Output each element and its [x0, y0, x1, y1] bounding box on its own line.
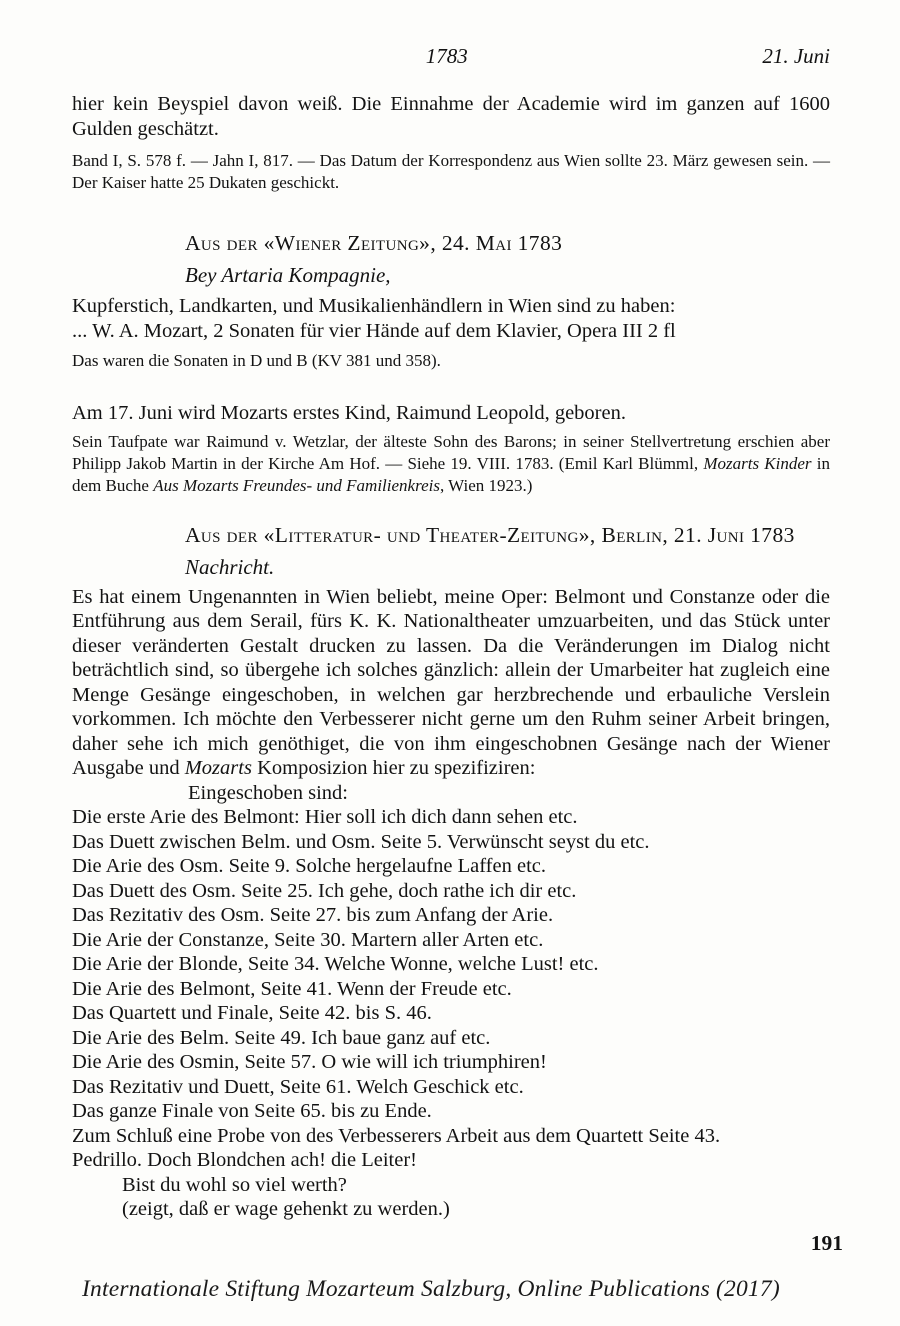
list-item: Die erste Arie des Belmont: Hier soll ic…	[72, 805, 830, 830]
section-theater-zeitung: Aus der «Litteratur- und Theater-Zeitung…	[72, 522, 830, 1222]
section-birth: Am 17. Juni wird Mozarts erstes Kind, Ra…	[72, 401, 830, 497]
footnote-title: Aus Mozarts Freundes- und Familienkreis	[153, 476, 440, 495]
verse-line: (zeigt, daß er wage gehenkt zu werden.)	[72, 1197, 830, 1222]
section-heading: Aus der «Litteratur- und Theater-Zeitung…	[72, 522, 830, 548]
list-item: Das Rezitativ des Osm. Seite 27. bis zum…	[72, 903, 830, 928]
paragraph-text: Komposizion hier zu spezifiziren:	[252, 757, 536, 779]
footnote-text: , Wien 1923.)	[440, 476, 533, 495]
section-footnote: Das waren die Sonaten in D und B (KV 381…	[72, 350, 830, 372]
list-item: Das Duett des Osm. Seite 25. Ich gehe, d…	[72, 879, 830, 904]
list-item: Das Rezitativ und Duett, Seite 61. Welch…	[72, 1075, 830, 1100]
list-item: Das Quartett und Finale, Seite 42. bis S…	[72, 1001, 830, 1026]
announcement-line: ... W. A. Mozart, 2 Sonaten für vier Hän…	[72, 319, 830, 344]
page-content: 1783 21. Juni hier kein Beyspiel davon w…	[72, 0, 830, 1222]
list-item: Die Arie des Belm. Seite 49. Ich baue ga…	[72, 1026, 830, 1051]
list-item: Pedrillo. Doch Blondchen ach! die Leiter…	[72, 1148, 830, 1173]
paragraph-emphasis: Mozarts	[185, 757, 252, 779]
publisher-footer: Internationale Stiftung Mozarteum Salzbu…	[82, 1276, 780, 1303]
inserted-numbers-list: Die erste Arie des Belmont: Hier soll ic…	[72, 805, 830, 1173]
running-head-year: 1783	[426, 44, 468, 69]
verse-line: Bist du wohl so viel werth?	[72, 1173, 830, 1198]
main-paragraph: Es hat einem Ungenannten in Wien beliebt…	[72, 585, 830, 781]
book-page: 1783 21. Juni hier kein Beyspiel davon w…	[0, 0, 900, 1326]
section-subheading: Nachricht.	[72, 555, 830, 580]
list-item: Die Arie der Constanze, Seite 30. Marter…	[72, 928, 830, 953]
list-item: Die Arie des Belmont, Seite 41. Wenn der…	[72, 977, 830, 1002]
inserted-heading: Eingeschoben sind:	[72, 781, 830, 806]
page-number: 191	[811, 1231, 843, 1256]
announcement-line: Kupferstich, Landkarten, und Musikalienh…	[72, 294, 830, 319]
intro-footnote: Band I, S. 578 f. — Jahn I, 817. — Das D…	[72, 150, 830, 194]
list-item: Zum Schluß eine Probe von des Verbessere…	[72, 1124, 830, 1149]
list-item: Die Arie des Osmin, Seite 57. O wie will…	[72, 1050, 830, 1075]
list-item: Das Duett zwischen Belm. und Osm. Seite …	[72, 830, 830, 855]
birth-paragraph: Am 17. Juni wird Mozarts erstes Kind, Ra…	[72, 401, 830, 426]
section-wiener-zeitung: Aus der «Wiener Zeitung», 24. Mai 1783 B…	[72, 230, 830, 372]
paragraph-text: Es hat einem Ungenannten in Wien beliebt…	[72, 586, 830, 780]
section-heading: Aus der «Wiener Zeitung», 24. Mai 1783	[72, 230, 830, 256]
section-subheading: Bey Artaria Kompagnie,	[72, 263, 830, 288]
intro-paragraph: hier kein Beyspiel davon weiß. Die Einna…	[72, 92, 830, 141]
list-item: Die Arie des Osm. Seite 9. Solche hergel…	[72, 854, 830, 879]
list-item: Die Arie der Blonde, Seite 34. Welche Wo…	[72, 952, 830, 977]
running-head: 1783 21. Juni	[72, 44, 830, 70]
running-head-date: 21. Juni	[762, 44, 830, 69]
footnote-title: Mozarts Kinder	[703, 454, 811, 473]
list-item: Das ganze Finale von Seite 65. bis zu En…	[72, 1099, 830, 1124]
birth-footnote: Sein Taufpate war Raimund v. Wetzlar, de…	[72, 431, 830, 497]
